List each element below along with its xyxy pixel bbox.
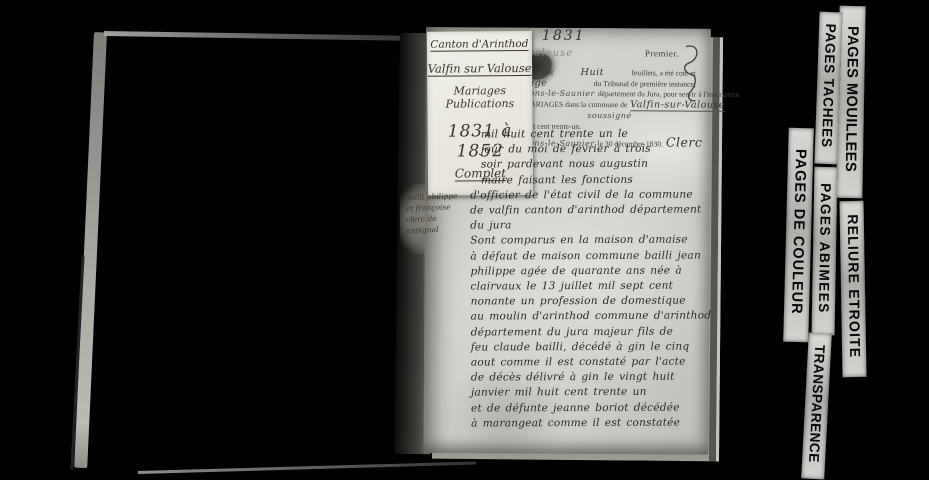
manuscript-line: mil huit cent trente un le	[470, 126, 708, 142]
manuscript-line: du jura	[470, 218, 708, 234]
manuscript-line: nonante un profession de domestique	[471, 294, 709, 310]
manuscript-line: et de défunte jeanne boriot décédée	[471, 400, 709, 416]
slip-line-mariages: Mariages	[427, 84, 532, 98]
manuscript-line: de décès délivré à gin le vingt huit	[471, 370, 709, 386]
year-heading: 1831	[542, 28, 586, 44]
faint-valouse-script: valouse	[528, 48, 573, 59]
manuscript-line: maire faisant les fonctions	[470, 172, 708, 188]
margin-note: bailli philippe et françoise clerc de es…	[405, 190, 468, 236]
margin-note-line: espignal	[406, 223, 468, 236]
premier-label: Premier.	[645, 48, 679, 58]
manuscript-line: aout comme il est constaté par l'acte	[471, 355, 709, 371]
slip-line-commune: Valfin sur Valouse	[427, 61, 532, 76]
condition-label-text: PAGES DE COULEUR	[783, 128, 813, 336]
manuscript-line: janvier mil huit cent trente un	[471, 385, 709, 401]
manuscript-line: soir pardevant nous augustin	[470, 157, 708, 173]
book-cover-edge-bottom	[138, 462, 476, 474]
form-commune-script: Valfin-sur-Valouse	[630, 100, 725, 112]
condition-label-pages-abimees: PAGES ABIMEES	[812, 167, 838, 335]
manuscript-line: Sont comparus en la maison d'amaise	[470, 233, 708, 249]
condition-label-text: TRANSPARENCE	[801, 332, 831, 475]
manuscript-line: clairvaux le 13 juillet mil sept cent	[470, 279, 708, 295]
form-feuillet-count-script: Huit	[581, 68, 604, 79]
form-tribunal: du Tribunal de première instance,	[594, 79, 696, 90]
condition-label-transparence: TRANSPARENCE	[801, 332, 832, 479]
manuscript-line: philippe agée de quarante ans née à	[470, 263, 708, 279]
form-mariages: MARIAGES dans la commune de	[523, 99, 627, 110]
manuscript-line: jour du moi de fevrier à trois	[470, 142, 708, 158]
condition-label-pages-de-couleur: PAGES DE COULEUR	[783, 128, 814, 343]
register-page: 1831 valouse Premier. contenant Huit feu…	[423, 27, 711, 455]
archive-photo: { "colors": { "background": "#000000", "…	[0, 0, 929, 480]
book-cover-edge-top	[104, 31, 428, 41]
manuscript-line: à défaut de maison commune bailli jean	[470, 248, 708, 264]
manuscript-line: d'officier de l'état civil de la commune	[470, 187, 708, 203]
manuscript-line: département du jura majeur fils de	[471, 324, 709, 340]
slip-line-publications: Publications	[427, 97, 532, 111]
condition-label-text: RELIURE ETROITE	[839, 201, 866, 372]
form-feuillets: feuillets, a été coté et	[631, 68, 695, 79]
manuscript-line: à marangeat comme il est constatée	[471, 415, 709, 431]
slip-line-canton: Canton d'Arinthod	[427, 38, 532, 51]
condition-label-reliure-etroite: RELIURE ETROITE	[839, 201, 866, 377]
form-soussigne-script: soussigné	[587, 111, 631, 122]
book-cover-edge-left	[74, 32, 107, 468]
form-ville-script: Lons-le-Saunier	[524, 89, 595, 100]
manuscript-line: de valfin canton d'arinthod département	[470, 203, 708, 219]
manuscript-line: au moulin d'arinthod commune d'arinthod	[471, 309, 709, 325]
condition-label-text: PAGES ABIMEES	[812, 167, 838, 330]
manuscript-line: feu claude bailli, décédé à gin le cinq	[471, 339, 709, 355]
manuscript-body: mil huit cent trente un le jour du moi d…	[470, 126, 709, 431]
